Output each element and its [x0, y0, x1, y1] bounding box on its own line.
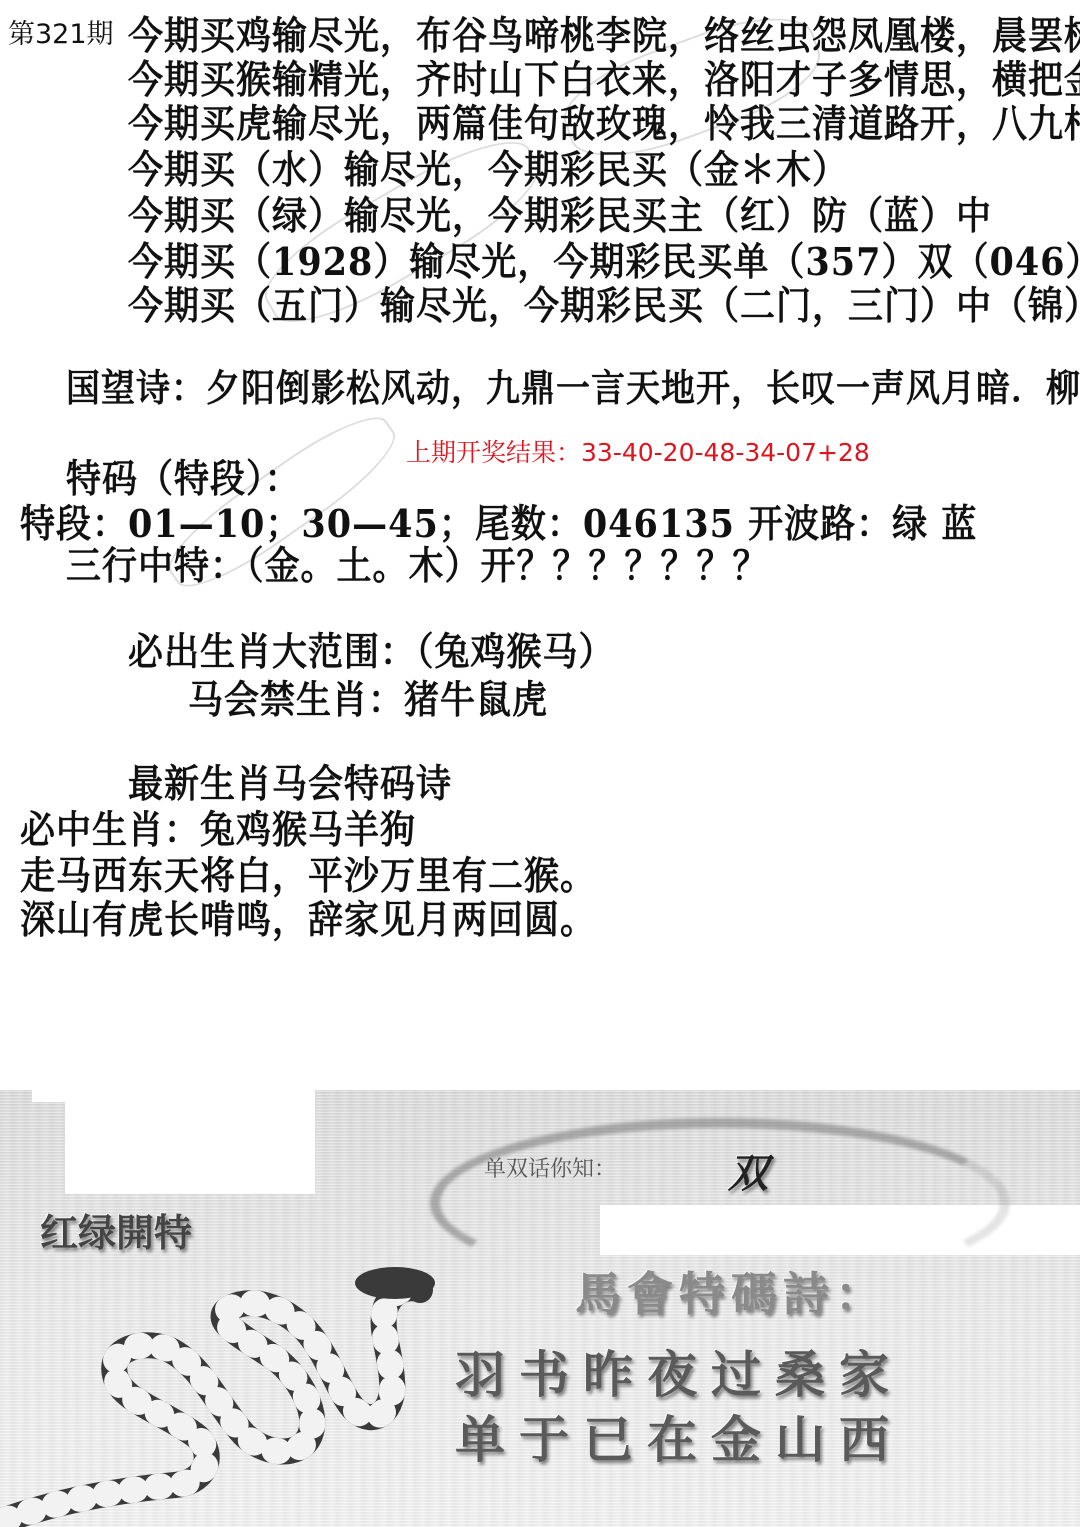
snake-illustration — [0, 1250, 460, 1527]
poem-title: 馬會特碼詩： — [575, 1258, 887, 1324]
mask-box — [0, 1050, 1080, 1090]
last-result-numbers: 33-40-20-48-34-07+28 — [581, 438, 870, 467]
poem-line-2: 单于已在金山西 — [455, 1400, 903, 1472]
zodiac-must-range: 必出生肖大范围：（兔鸡猴马） — [128, 622, 615, 677]
code-poem-line-2: 深山有虎长啃鸣，辞家见月两回圆。 — [20, 890, 596, 945]
guowang-poem: 国望诗：夕阳倒影松风动，九鼎一言天地开，长叹一声风月暗．柳腰细码二七围。 — [66, 358, 1080, 412]
last-result-label: 上期开奖结果： — [406, 438, 581, 467]
odd-even-label: 单双话你知： — [484, 1152, 616, 1183]
red-green-title: 红绿開特 — [40, 1202, 192, 1257]
mask-box — [65, 1090, 315, 1194]
prediction-line: 今期买（五门）输尽光，今期彩民买（二门，三门）中（锦） — [128, 276, 1080, 331]
issue-number: 第321期 — [8, 12, 114, 51]
special-code-elements: 三行中特：（金。土。木）开？？？？？？？ — [66, 536, 769, 591]
poem-line-1: 羽书昨夜过桑家 — [455, 1335, 903, 1407]
last-result: 上期开奖结果：33-40-20-48-34-07+28 — [406, 433, 870, 469]
odd-even-value: 双 — [728, 1142, 768, 1199]
zodiac-banned: 马会禁生肖：猪牛鼠虎 — [188, 670, 548, 725]
